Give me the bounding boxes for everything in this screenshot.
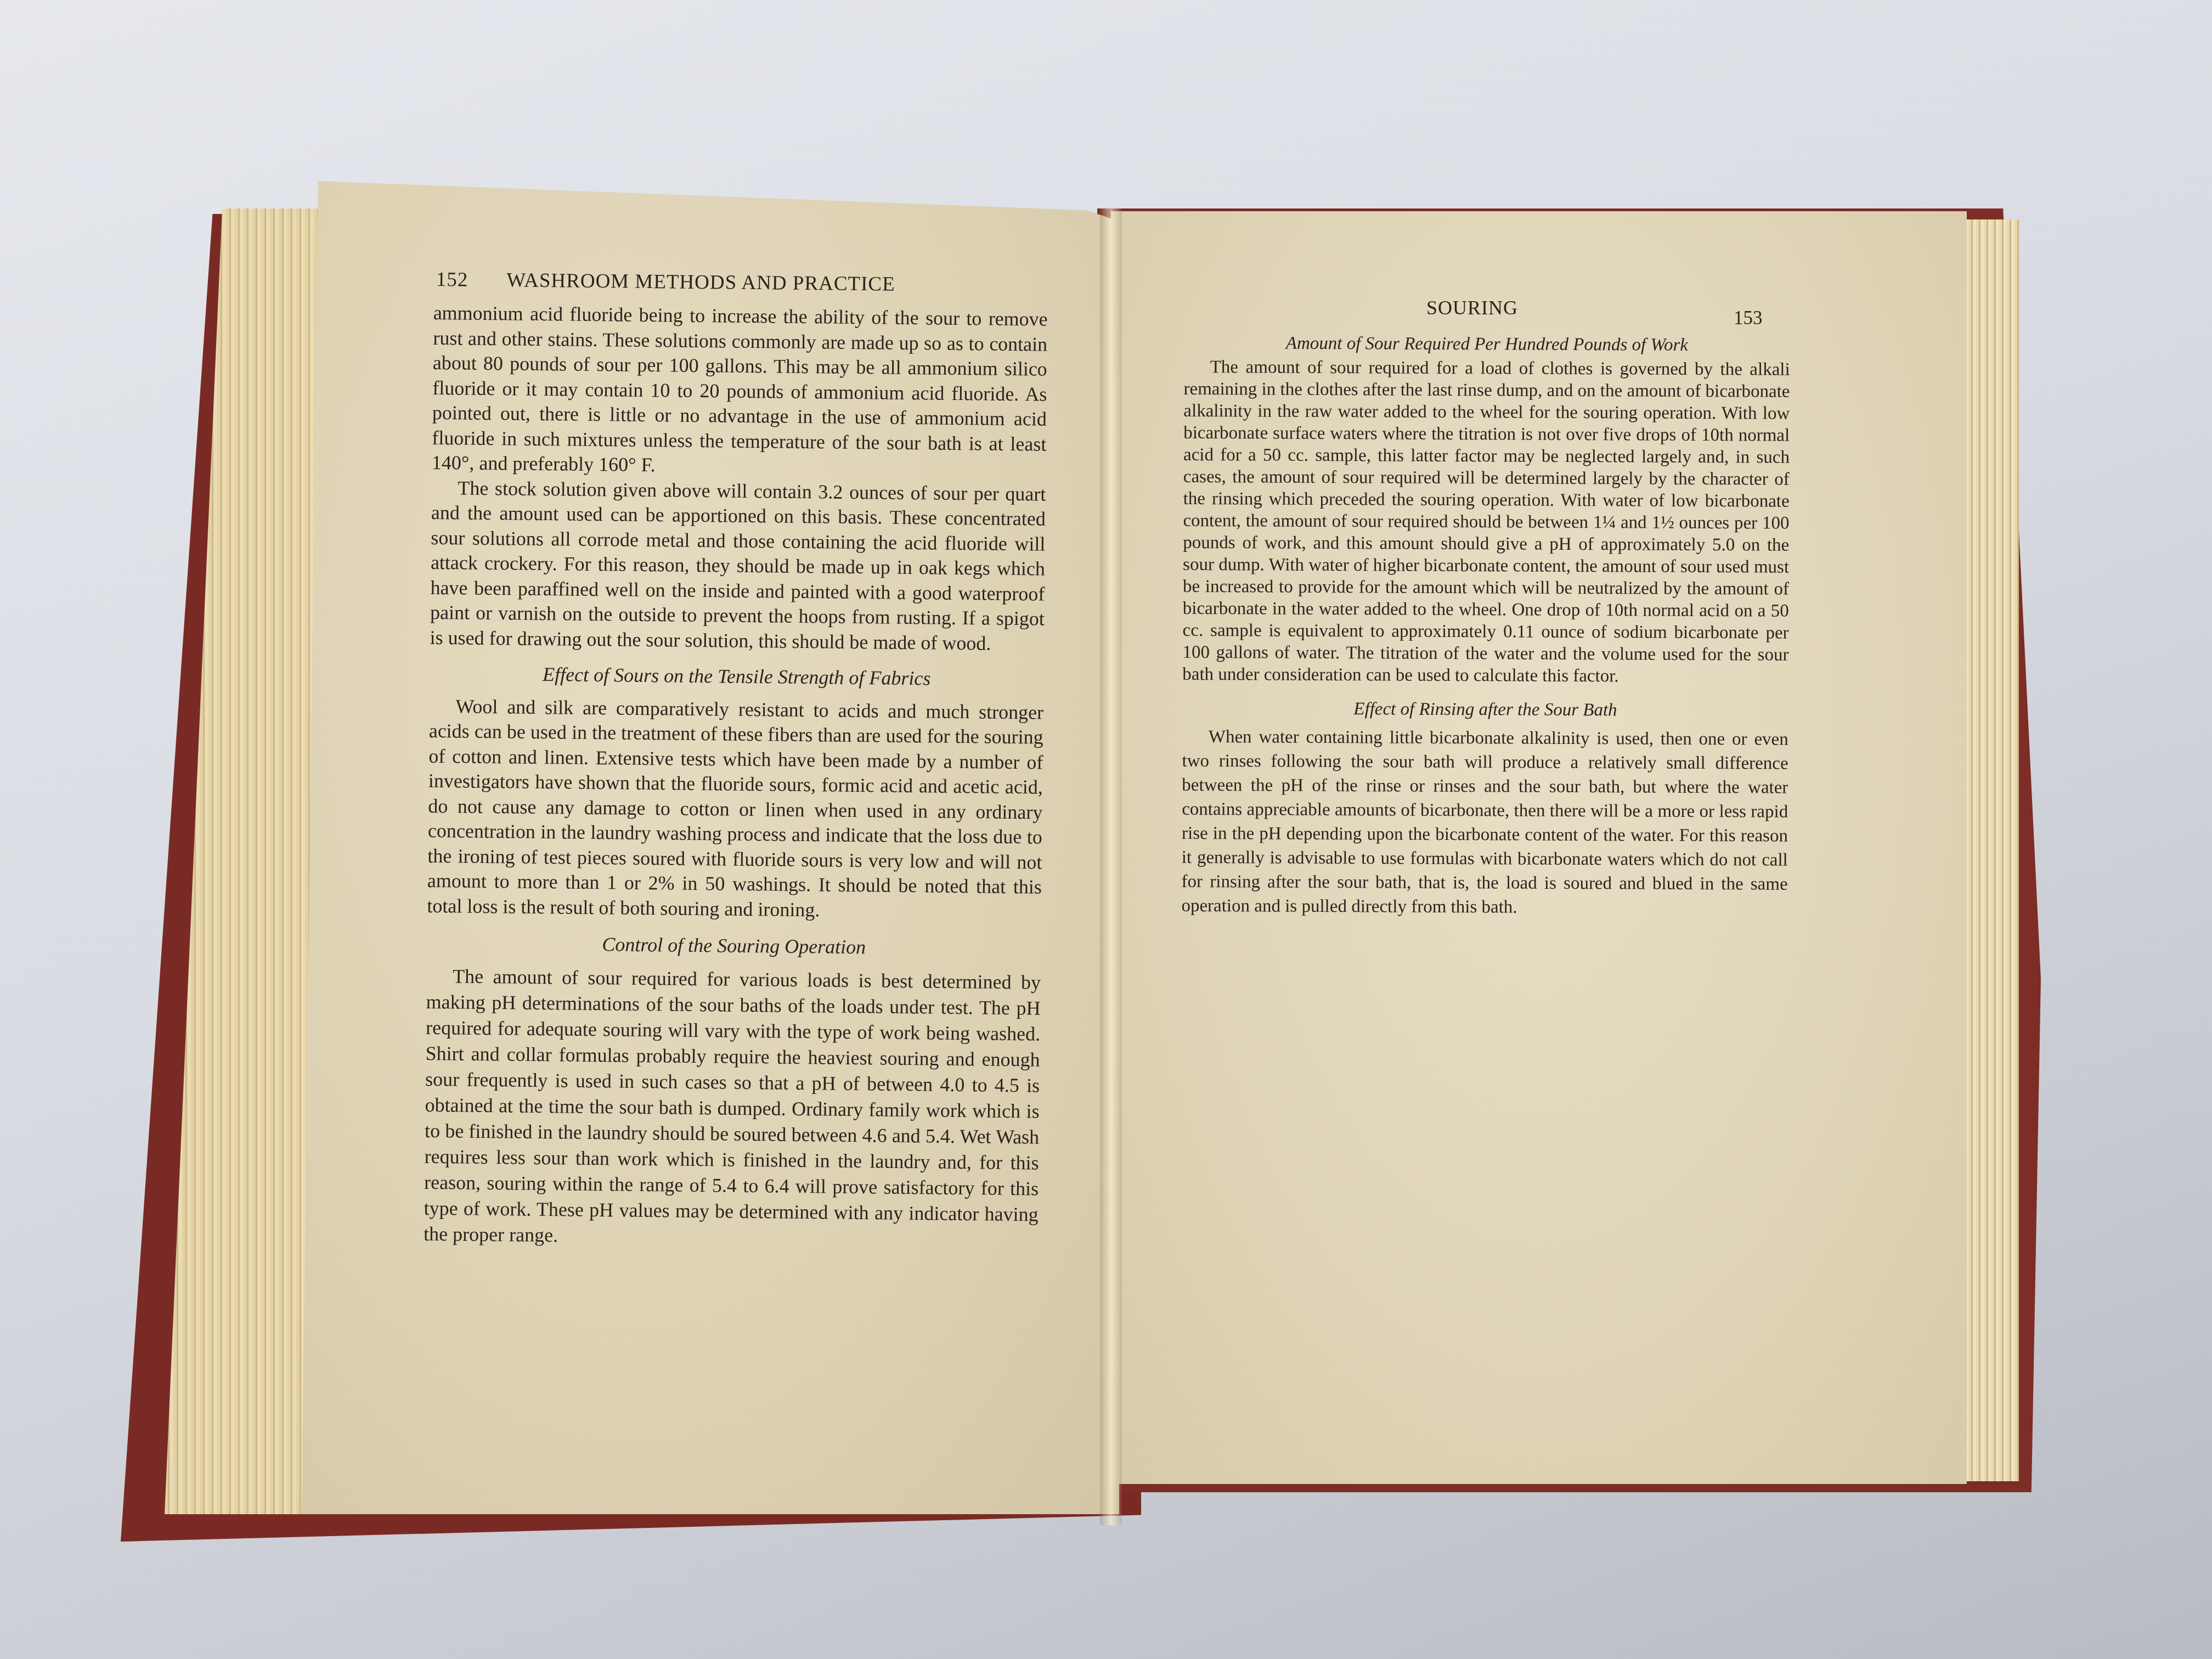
right-section-2-body: When water containing little bicarbonate… [1181, 725, 1788, 921]
right-page-number: 153 [1734, 307, 1763, 329]
right-section-2-heading: Effect of Rinsing after the Sour Bath [1182, 697, 1788, 722]
left-section-1-heading: Effect of Sours on the Tensile Strength … [430, 661, 1044, 692]
left-section-2-heading: Control of the Souring Operation [427, 930, 1041, 962]
left-section-1-body: Wool and silk are comparatively resistan… [427, 693, 1043, 924]
right-section-1-heading: Amount of Sour Required Per Hundred Poun… [1184, 332, 1790, 357]
right-page-body: Amount of Sour Required Per Hundred Poun… [1181, 332, 1790, 921]
left-page-body: ammonium acid fluoride being to increase… [424, 301, 1048, 1253]
left-section-2-body: The amount of sour required for various … [424, 963, 1041, 1253]
left-page-number: 152 [436, 268, 469, 291]
book-gutter [1100, 208, 1122, 1525]
left-opening-paragraph: ammonium acid fluoride being to increase… [432, 301, 1048, 482]
left-running-head-title: WASHROOM METHODS AND PRACTICE [506, 269, 895, 295]
left-paragraph-2: The stock solution given above will cont… [430, 475, 1046, 656]
right-section-1-body: The amount of sour required for a load o… [1182, 356, 1790, 688]
right-running-head: SOURING [1426, 296, 1518, 319]
